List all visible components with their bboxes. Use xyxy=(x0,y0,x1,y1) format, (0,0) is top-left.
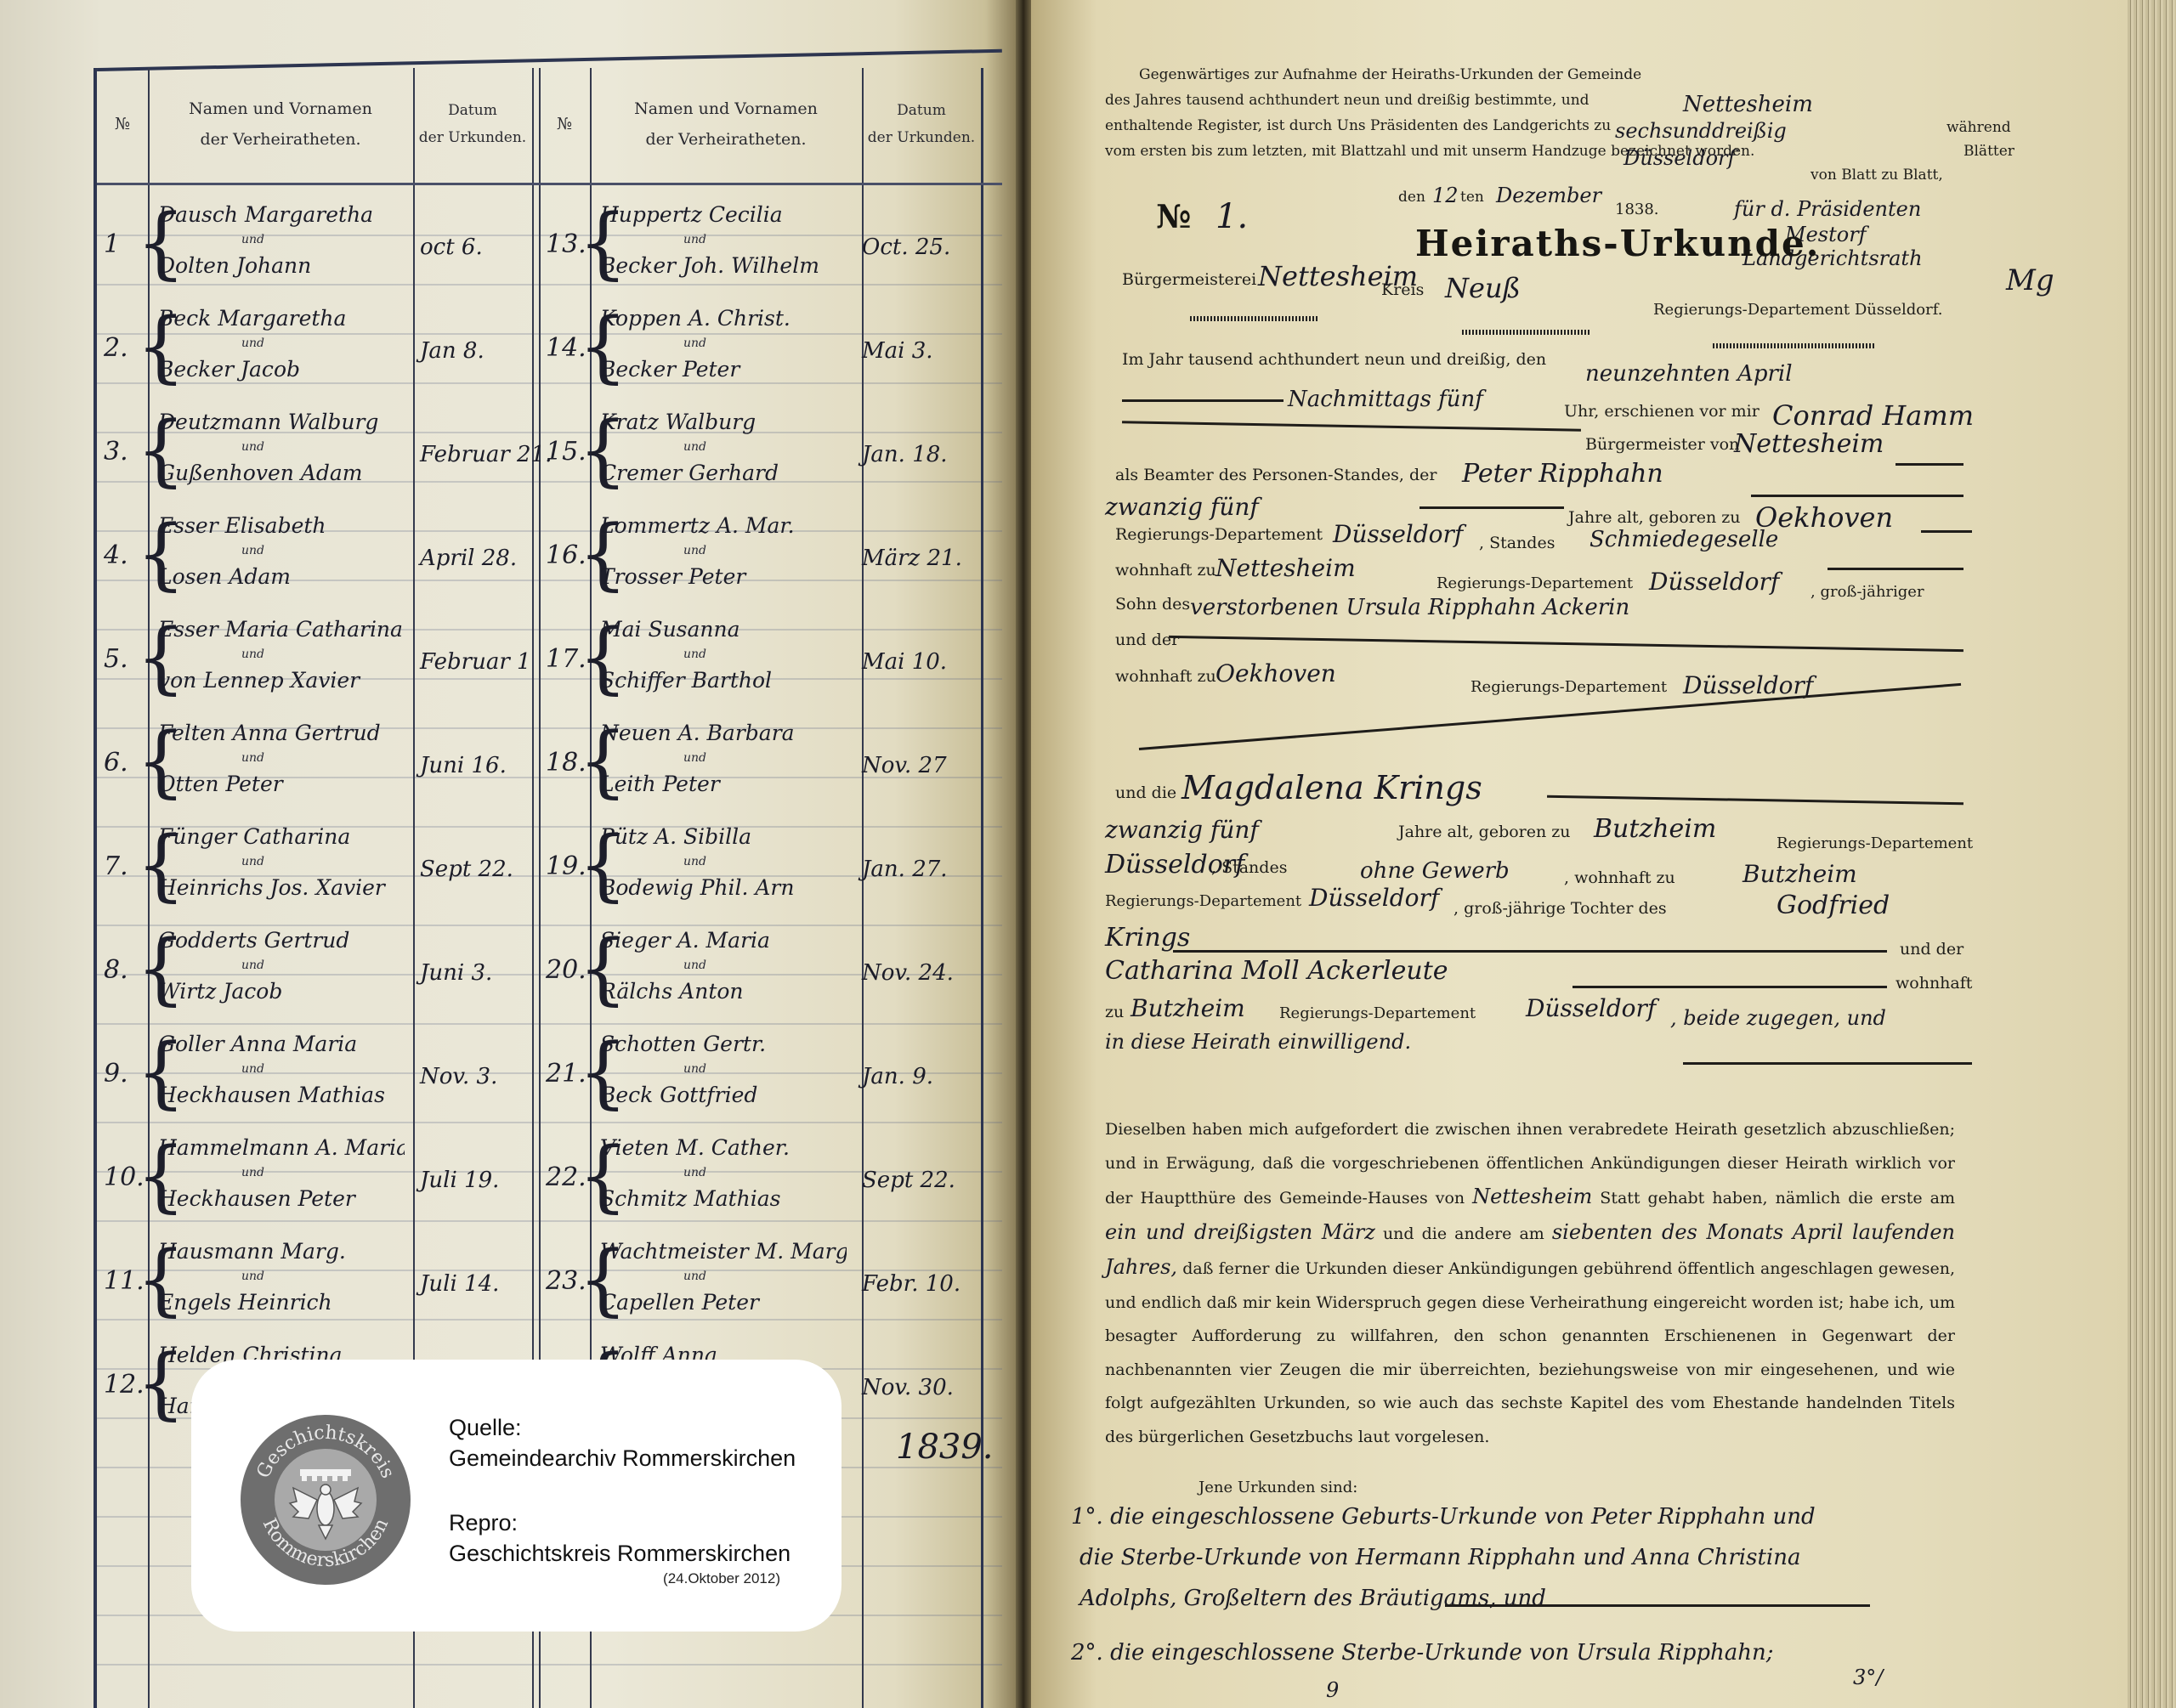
register-entry: 19.{Pütz A. SibillaundBodewig Phil. ArnJ… xyxy=(539,817,981,919)
bride-age: zwanzig fünf xyxy=(1105,816,1259,844)
register-entry: 2.{Beck MargarethaundBecker JacobJan 8. xyxy=(97,299,539,401)
groom-name: Otten Peter xyxy=(158,772,405,796)
preamble-sheets: sechsunddreißig xyxy=(1615,119,1787,143)
bride-father-surname: Krings xyxy=(1105,923,1190,953)
groom-residence: Nettesheim xyxy=(1215,554,1356,582)
officer-name: Conrad Hamm xyxy=(1772,399,1974,432)
groom-name: Becker Jacob xyxy=(158,357,405,382)
groom-name: von Lennep Xavier xyxy=(158,668,405,693)
bride-name: Pütz A. Sibilla xyxy=(600,824,847,849)
certificate-date: Februar 21. xyxy=(420,442,526,467)
register-entry: 1{Dausch MargarethaundDolten Johannoct 6… xyxy=(97,195,539,297)
register-entry: 20.{Sieger A. MariaundRälchs AntonNov. 2… xyxy=(539,921,981,1023)
register-entry: 9.{Goller Anna MariaundHeckhausen Mathia… xyxy=(97,1025,539,1127)
register-entry: 16.{Lommertz A. Mar.undTrosser PeterMärz… xyxy=(539,506,981,608)
bride-name: Felten Anna Gertrud xyxy=(158,721,405,745)
groom-name: Engels Heinrich xyxy=(158,1290,405,1315)
fill-rule xyxy=(1122,399,1283,402)
certificate-date: Jan. 18. xyxy=(862,442,968,467)
body-line9-print: und der xyxy=(1115,631,1179,649)
und-connector: und xyxy=(241,337,264,350)
groom-name: Wirtz Jacob xyxy=(158,979,405,1004)
preamble-line2: des Jahres tausend achthundert neun und … xyxy=(1105,92,1589,109)
fill-rule xyxy=(1751,495,1963,497)
preamble-gemeinde: Nettesheim xyxy=(1683,92,1813,117)
und-connector: und xyxy=(683,1062,706,1076)
und-connector: und xyxy=(241,1270,264,1283)
body-line8-print: Sohn des xyxy=(1115,595,1190,614)
bride-name: Wachtmeister M. Margt. xyxy=(600,1239,847,1264)
bride-name: Vieten M. Cather. xyxy=(600,1135,847,1160)
register-entry: 3.{Deutzmann WalburgundGußenhoven AdamFe… xyxy=(97,403,539,505)
und-connector: und xyxy=(683,751,706,765)
groom-name: Heckhausen Mathias xyxy=(158,1083,405,1107)
announcement-paragraph: Dieselben haben mich aufgefordert die zw… xyxy=(1105,1113,1955,1454)
page-edges xyxy=(2128,0,2176,1708)
marriage-certificate-form: Gegenwärtiges zur Aufnahme der Heiraths-… xyxy=(1105,0,2014,1708)
bride-line4-print: Regierungs-Departement xyxy=(1105,892,1301,910)
bride-residence: Butzheim xyxy=(1742,860,1857,888)
document-item-1b: die Sterbe-Urkunde von Hermann Ripphahn … xyxy=(1079,1545,1800,1570)
register-entry: 13.{Huppertz CeciliaundBecker Joh. Wilhe… xyxy=(539,195,981,297)
certificate-date: Sept 22. xyxy=(420,857,526,882)
und-connector: und xyxy=(241,959,264,972)
body-line7-print3: , groß-jähriger xyxy=(1810,583,1924,601)
parents-present: , beide zugegen, und xyxy=(1670,1006,1886,1030)
bride-name: Hausmann Marg. xyxy=(158,1239,405,1264)
parents-department: Düsseldorf xyxy=(1683,671,1813,699)
parents-consent: in diese Heirath einwilligend. xyxy=(1105,1030,1411,1054)
repro-label: Repro: xyxy=(449,1507,796,1538)
certificate-date: Juni 3. xyxy=(420,960,526,986)
body-line6-print: Regierungs-Departement xyxy=(1115,525,1323,544)
bride-line4-print2: , groß-jährige Tochter des xyxy=(1453,899,1667,918)
certificate-number-value: 1. xyxy=(1215,197,1248,236)
body-line5-print: Jahre alt, geboren zu xyxy=(1568,508,1741,527)
fill-rule xyxy=(1169,636,1963,652)
fill-rule xyxy=(1173,950,1887,953)
page-number: 9 xyxy=(1326,1678,1339,1702)
groom-name: Cremer Gerhard xyxy=(600,461,847,485)
body-line1-print: Im Jahr tausend achthundert neun und dre… xyxy=(1122,350,1546,369)
announcement-place: Nettesheim xyxy=(1472,1185,1592,1208)
body-line3-print: Bürgermeister von xyxy=(1585,435,1739,454)
register-entry: 8.{Godderts GertrudundWirtz JacobJuni 3. xyxy=(97,921,539,1023)
body-line4-print: als Beamter des Personen-Standes, der xyxy=(1115,466,1436,484)
fill-rule xyxy=(1895,463,1963,466)
groom-name: Rälchs Anton xyxy=(600,979,847,1004)
body-line2-time: Nachmittags fünf xyxy=(1288,387,1483,412)
bride-line5-print: und der xyxy=(1900,940,1963,959)
register-entry: 14.{Koppen A. Christ.undBecker PeterMai … xyxy=(539,299,981,401)
preamble-waehrend: während xyxy=(1946,119,2011,136)
und-connector: und xyxy=(241,751,264,765)
register-entry: 10.{Hammelmann A. MariaundHeckhausen Pet… xyxy=(97,1128,539,1230)
certificate-date: März 21. xyxy=(862,546,968,571)
register-entry: 15.{Kratz WalburgundCremer GerhardJan. 1… xyxy=(539,403,981,505)
archive-credit-box: Geschichtskreis Rommerskirchen Quelle: xyxy=(191,1360,841,1632)
groom-name: Becker Peter xyxy=(600,357,847,382)
certificate-date: Jan. 27. xyxy=(862,857,968,882)
left-page-register: № Namen und Vornamen der Verheiratheten.… xyxy=(0,0,1016,1708)
certificate-date: Oct. 25. xyxy=(862,235,968,260)
certificate-date: April 28. xyxy=(420,546,526,571)
groom-name: Losen Adam xyxy=(158,564,405,589)
header-date-line1: Datum xyxy=(897,97,946,124)
preamble-date-suffix: ten xyxy=(1460,189,1484,206)
und-connector: und xyxy=(683,648,706,661)
groom-age: zwanzig fünf xyxy=(1105,493,1259,521)
preamble-landgericht: Düsseldorf xyxy=(1623,146,1735,170)
bride-name: Deutzmann Walburg xyxy=(158,410,405,434)
geschichtskreis-seal-logo: Geschichtskreis Rommerskirchen xyxy=(241,1415,411,1585)
bride-parents-department: Düsseldorf xyxy=(1526,994,1656,1022)
certificate-date: Febr. 10. xyxy=(862,1271,968,1297)
und-connector: und xyxy=(241,544,264,557)
und-connector: und xyxy=(683,1270,706,1283)
credit-date: (24.Oktober 2012) xyxy=(663,1570,780,1587)
first-announcement-date: ein und dreißigsten März xyxy=(1105,1220,1375,1244)
register-entry: 7.{Fünger CatharinaundHeinrichs Jos. Xav… xyxy=(97,817,539,919)
bride-name: Hammelmann A. Maria xyxy=(158,1135,405,1160)
bride-occupation: ohne Gewerb xyxy=(1360,858,1510,884)
credit-text-block: Quelle: Gemeindearchiv Rommerskirchen Re… xyxy=(449,1412,796,1569)
certificate-title: Heiraths-Urkunde. xyxy=(1415,223,1820,264)
groom-name: Bodewig Phil. Arn xyxy=(600,875,847,900)
header-no-2: № xyxy=(539,73,590,175)
certificate-date: Nov. 30. xyxy=(862,1375,968,1400)
und-connector: und xyxy=(683,1166,706,1179)
bride-line3-print2: , wohnhaft zu xyxy=(1564,868,1675,887)
bride-name: Kratz Walburg xyxy=(600,410,847,434)
header-no-label: № xyxy=(115,109,130,139)
wavy-underline xyxy=(1713,343,1874,348)
body-line10-print2: Regierungs-Departement xyxy=(1470,678,1667,696)
bride-line1-print: und die xyxy=(1115,783,1176,802)
preamble-date-prefix: den xyxy=(1398,189,1425,206)
bride-name: Goller Anna Maria xyxy=(158,1032,405,1056)
eagle-coat-of-arms-icon xyxy=(275,1449,377,1551)
kreis-label: Kreis xyxy=(1381,280,1424,299)
bride-name: Fünger Catharina xyxy=(158,824,405,849)
und-connector: und xyxy=(683,337,706,350)
und-connector: und xyxy=(683,855,706,868)
fill-rule xyxy=(1683,1062,1972,1065)
und-connector: und xyxy=(683,233,706,246)
bride-line2-print2: Regierungs-Departement xyxy=(1776,834,1973,852)
bride-name: Dausch Margaretha xyxy=(158,202,405,227)
groom-name: Capellen Peter xyxy=(600,1290,847,1315)
groom-name: Peter Ripphahn xyxy=(1462,459,1663,489)
preamble-blatt-zu-blatt: von Blatt zu Blatt, xyxy=(1810,167,1943,184)
fill-rule xyxy=(1827,568,1963,570)
groom-name: Heinrichs Jos. Xavier xyxy=(158,875,405,900)
body-line6-print2: , Standes xyxy=(1479,534,1555,552)
register-entry: 5.{Esser Maria Catharinaundvon Lennep Xa… xyxy=(97,610,539,712)
bride-name: Lommertz A. Mar. xyxy=(600,513,847,538)
bride-parents-residence: Butzheim xyxy=(1130,994,1245,1022)
bride-line6-print: wohnhaft xyxy=(1895,974,1972,993)
preamble-date-day: 12 xyxy=(1432,184,1459,207)
header-names-line2: der Verheiratheten. xyxy=(200,124,360,155)
und-connector: und xyxy=(241,233,264,246)
header-date-line2: der Urkunden. xyxy=(868,124,975,151)
certificate-date: Nov. 24. xyxy=(862,960,968,986)
bride-name: Magdalena Krings xyxy=(1181,769,1482,806)
register-entry: 23.{Wachtmeister M. Margt.undCapellen Pe… xyxy=(539,1232,981,1334)
header-date-line1: Datum xyxy=(448,97,497,124)
officer-place: Nettesheim xyxy=(1734,429,1884,459)
groom-name: Schiffer Barthol xyxy=(600,668,847,693)
signature-line1: für d. Präsidenten xyxy=(1734,197,1921,221)
register-entry: 4.{Esser ElisabethundLosen AdamApril 28. xyxy=(97,506,539,608)
header-names-1: Namen und Vornamen der Verheiratheten. xyxy=(148,73,413,175)
bride-name: Koppen A. Christ. xyxy=(600,306,847,331)
body-line2-print: Uhr, erschienen vor mir xyxy=(1564,402,1759,421)
body-line7-print: wohnhaft zu xyxy=(1115,561,1216,580)
groom-residence-department: Düsseldorf xyxy=(1649,568,1779,596)
parents-residence: Oekhoven xyxy=(1215,659,1336,687)
header-date-2: Datum der Urkunden. xyxy=(862,73,981,175)
header-rule xyxy=(97,183,1002,185)
certificate-date: oct 6. xyxy=(420,235,526,260)
und-connector: und xyxy=(241,440,264,454)
kreis-value: Neuß xyxy=(1445,272,1521,304)
para-text-2: Statt gehabt haben, nämlich die erste am xyxy=(1600,1189,1955,1207)
register-entry: 11.{Hausmann Marg.undEngels HeinrichJuli… xyxy=(97,1232,539,1334)
register-entry: 22.{Vieten M. Cather.undSchmitz MathiasS… xyxy=(539,1128,981,1230)
certificate-number-label: № xyxy=(1156,197,1191,235)
bride-name: Esser Elisabeth xyxy=(158,513,405,538)
body-line10-print: wohnhaft zu xyxy=(1115,667,1216,686)
preamble-line1: Gegenwärtiges zur Aufnahme der Heiraths-… xyxy=(1139,66,1641,83)
register-entry: 21.{Schotten Gertr.undBeck GottfriedJan.… xyxy=(539,1025,981,1127)
bride-birthplace: Butzheim xyxy=(1594,814,1716,844)
preamble-line3: enthaltende Register, ist durch Uns Präs… xyxy=(1105,117,1611,134)
groom-name: Becker Joh. Wilhelm xyxy=(600,253,847,278)
header-names-line2: der Verheiratheten. xyxy=(645,124,806,155)
para-text-3: und die andere am xyxy=(1383,1224,1544,1243)
bride-line2-print: Jahre alt, geboren zu xyxy=(1398,823,1571,841)
header-no-label: № xyxy=(557,109,572,139)
register-entry: 6.{Felten Anna GertrudundOtten PeterJuni… xyxy=(97,714,539,816)
bride-line3-print: , Standes xyxy=(1211,858,1287,877)
fill-rule xyxy=(1419,506,1564,509)
certificate-date: Nov. 3. xyxy=(420,1064,526,1089)
groom-parents: verstorbenen Ursula Ripphahn Ackerin xyxy=(1190,595,1629,620)
bride-name: Mai Susanna xyxy=(600,617,847,642)
bride-residence-department: Düsseldorf xyxy=(1309,884,1439,912)
fill-rule xyxy=(1572,986,1887,988)
fill-rule xyxy=(1547,795,1963,806)
certificate-date: Februar 1 xyxy=(420,649,526,675)
certificate-date: Juni 16. xyxy=(420,753,526,778)
fill-rule xyxy=(1921,530,1972,533)
groom-name: Heckhausen Peter xyxy=(158,1186,405,1211)
und-connector: und xyxy=(241,648,264,661)
groom-name: Schmitz Mathias xyxy=(600,1186,847,1211)
bride-name: Huppertz Cecilia xyxy=(600,202,847,227)
groom-name: Gußenhoven Adam xyxy=(158,461,405,485)
margin-note: Mg xyxy=(2006,263,2054,297)
preamble-blaetter: Blätter xyxy=(1963,143,2014,160)
header-names-line1: Namen und Vornamen xyxy=(634,93,818,124)
groom-name: Leith Peter xyxy=(600,772,847,796)
year-note: 1839. xyxy=(896,1428,994,1467)
body-line1-date: neunzehnten April xyxy=(1585,361,1793,387)
groom-name: Beck Gottfried xyxy=(600,1083,847,1107)
header-date-1: Datum der Urkunden. xyxy=(413,73,532,175)
bride-name: Esser Maria Catharina xyxy=(158,617,405,642)
certificate-date: Juli 14. xyxy=(420,1271,526,1297)
preamble-date-month: Dezember xyxy=(1496,184,1601,207)
groom-birth-department: Düsseldorf xyxy=(1333,520,1463,548)
wavy-underline xyxy=(1462,330,1589,335)
bride-name: Neuen A. Barbara xyxy=(600,721,847,745)
register-entry: 18.{Neuen A. BarbaraundLeith PeterNov. 2… xyxy=(539,714,981,816)
book-gutter xyxy=(1016,0,1031,1708)
bride-name: Schotten Gertr. xyxy=(600,1032,847,1056)
groom-occupation: Schmiedegeselle xyxy=(1589,527,1778,552)
certificate-date: Jan. 9. xyxy=(862,1064,968,1089)
para-text-4: daß ferner die Urkunden dieser Ankündigu… xyxy=(1105,1259,1955,1446)
bride-mother: Catharina Moll Ackerleute xyxy=(1105,956,1448,986)
bride-name: Godderts Gertrud xyxy=(158,928,405,953)
fill-rule xyxy=(1445,1604,1870,1607)
regierung-label: Regierungs-Departement Düsseldorf. xyxy=(1653,301,1942,319)
groom-name: Trosser Peter xyxy=(600,564,847,589)
bride-father: Godfried xyxy=(1776,891,1890,920)
bride-name: Beck Margaretha xyxy=(158,306,405,331)
header-date-line2: der Urkunden. xyxy=(419,124,526,151)
document-item-3: 3°/ xyxy=(1853,1666,1883,1689)
register-entry: 17.{Mai SusannaundSchiffer BartholMai 10… xyxy=(539,610,981,712)
certificate-date: Mai 3. xyxy=(862,338,968,364)
preamble-date-year: 1838. xyxy=(1615,201,1659,218)
header-no-1: № xyxy=(97,73,148,175)
seal-inner-disc xyxy=(275,1449,377,1551)
body-line7-print2: Regierungs-Departement xyxy=(1436,574,1633,592)
source-value: Gemeindearchiv Rommerskirchen xyxy=(449,1443,796,1473)
header-names-2: Namen und Vornamen der Verheiratheten. xyxy=(590,73,862,175)
certificate-date: Nov. 27 xyxy=(862,753,968,778)
fill-rule xyxy=(1122,421,1581,431)
certificate-date: Sept 22. xyxy=(862,1168,968,1193)
bride-name: Sieger A. Maria xyxy=(600,928,847,953)
header-names-line1: Namen und Vornamen xyxy=(189,93,372,124)
wavy-underline xyxy=(1190,316,1317,321)
documents-label: Jene Urkunden sind: xyxy=(1198,1479,1357,1496)
certificate-date: Mai 10. xyxy=(862,649,968,675)
und-connector: und xyxy=(241,1062,264,1076)
document-item-2: 2°. die eingeschlossene Sterbe-Urkunde v… xyxy=(1071,1640,1774,1666)
bride-line7-print: zu xyxy=(1105,1003,1124,1021)
document-item-1c: Adolphs, Großeltern des Bräutigams, und xyxy=(1079,1586,1546,1611)
und-connector: und xyxy=(683,544,706,557)
und-connector: und xyxy=(241,855,264,868)
und-connector: und xyxy=(683,440,706,454)
document-item-1: 1°. die eingeschlossene Geburts-Urkunde … xyxy=(1071,1504,1816,1530)
und-connector: und xyxy=(241,1166,264,1179)
bride-line7-print2: Regierungs-Departement xyxy=(1279,1004,1476,1022)
certificate-date: Juli 19. xyxy=(420,1168,526,1193)
groom-name: Dolten Johann xyxy=(158,253,405,278)
repro-value: Geschichtskreis Rommerskirchen xyxy=(449,1538,796,1569)
buergermeisterei-label: Bürgermeisterei xyxy=(1122,270,1256,289)
und-connector: und xyxy=(683,959,706,972)
source-label: Quelle: xyxy=(449,1412,796,1443)
certificate-date: Jan 8. xyxy=(420,338,526,364)
